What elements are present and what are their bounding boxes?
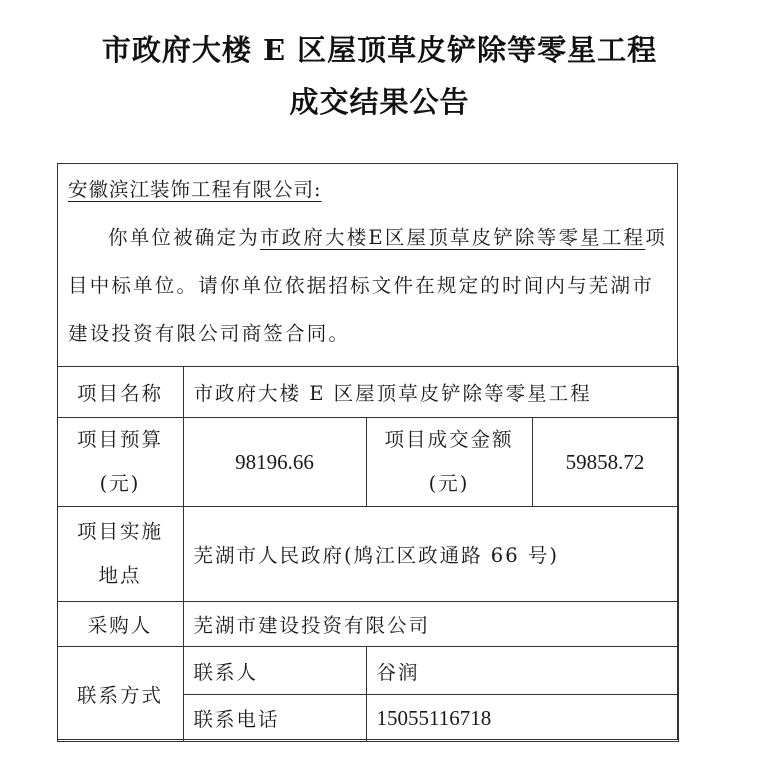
contact-person-value: 谷润 [366,647,678,695]
deal-amount-label: 项目成交金额 (元) [366,418,532,507]
budget-value: 98196.66 [183,418,366,507]
addressee: 安徽滨江装饰工程有限公司: [68,174,322,202]
project-name-label: 项目名称 [57,367,183,418]
project-name-underlined-cont: 程 [624,226,646,249]
table-row-purchaser: 采购人 芜湖市建设投资有限公司 [57,602,678,647]
location-label: 项目实施 地点 [57,507,183,602]
contact-label: 联系方式 [57,647,183,742]
location-label-line1: 项目实施 [68,510,173,554]
table-row-contact-person: 联系方式 联系人 谷润 [57,647,678,695]
budget-label-line2: (元) [68,462,173,506]
project-name-value: 市政府大楼 E 区屋顶草皮铲除等零星工程 [183,367,678,418]
document-title-line2: 成交结果公告 [0,80,759,121]
notice-section: 安徽滨江装饰工程有限公司: 你单位被确定为市政府大楼E区屋顶草皮铲除等零星工程项… [58,164,677,366]
table-row-location: 项目实施 地点 芜湖市人民政府(鸠江区政通路 66 号) [57,507,678,602]
table-row-project-name: 项目名称 市政府大楼 E 区屋顶草皮铲除等零星工程 [57,367,678,418]
project-name-underlined: 市政府大楼E区屋顶草皮铲除等零星工 [260,226,624,249]
purchaser-label: 采购人 [57,602,183,647]
announcement-box: 安徽滨江装饰工程有限公司: 你单位被确定为市政府大楼E区屋顶草皮铲除等零星工程项… [57,163,678,740]
deal-amount-label-line1: 项目成交金额 [377,418,522,462]
budget-label-line1: 项目预算 [68,418,173,462]
budget-label: 项目预算 (元) [57,418,183,507]
deal-amount-label-line2: (元) [377,462,522,506]
document-title-line1: 市政府大楼 E 区屋顶草皮铲除等零星工程 [0,28,759,69]
location-value: 芜湖市人民政府(鸠江区政通路 66 号) [183,507,678,602]
notice-paragraph: 你单位被确定为市政府大楼E区屋顶草皮铲除等零星工程项目中标单位。请你单位依据招标… [68,214,672,358]
contact-person-label: 联系人 [183,647,366,695]
table-row-budget: 项目预算 (元) 98196.66 项目成交金额 (元) 59858.72 [57,418,678,507]
para-prefix: 你单位被确定为 [108,226,260,249]
contact-phone-label: 联系电话 [183,695,366,742]
contact-phone-value: 15055116718 [366,695,678,742]
location-label-line2: 地点 [68,554,173,598]
deal-amount-value: 59858.72 [532,418,678,507]
project-info-table: 项目名称 市政府大楼 E 区屋顶草皮铲除等零星工程 项目预算 (元) 98196… [57,366,679,742]
purchaser-value: 芜湖市建设投资有限公司 [183,602,678,647]
